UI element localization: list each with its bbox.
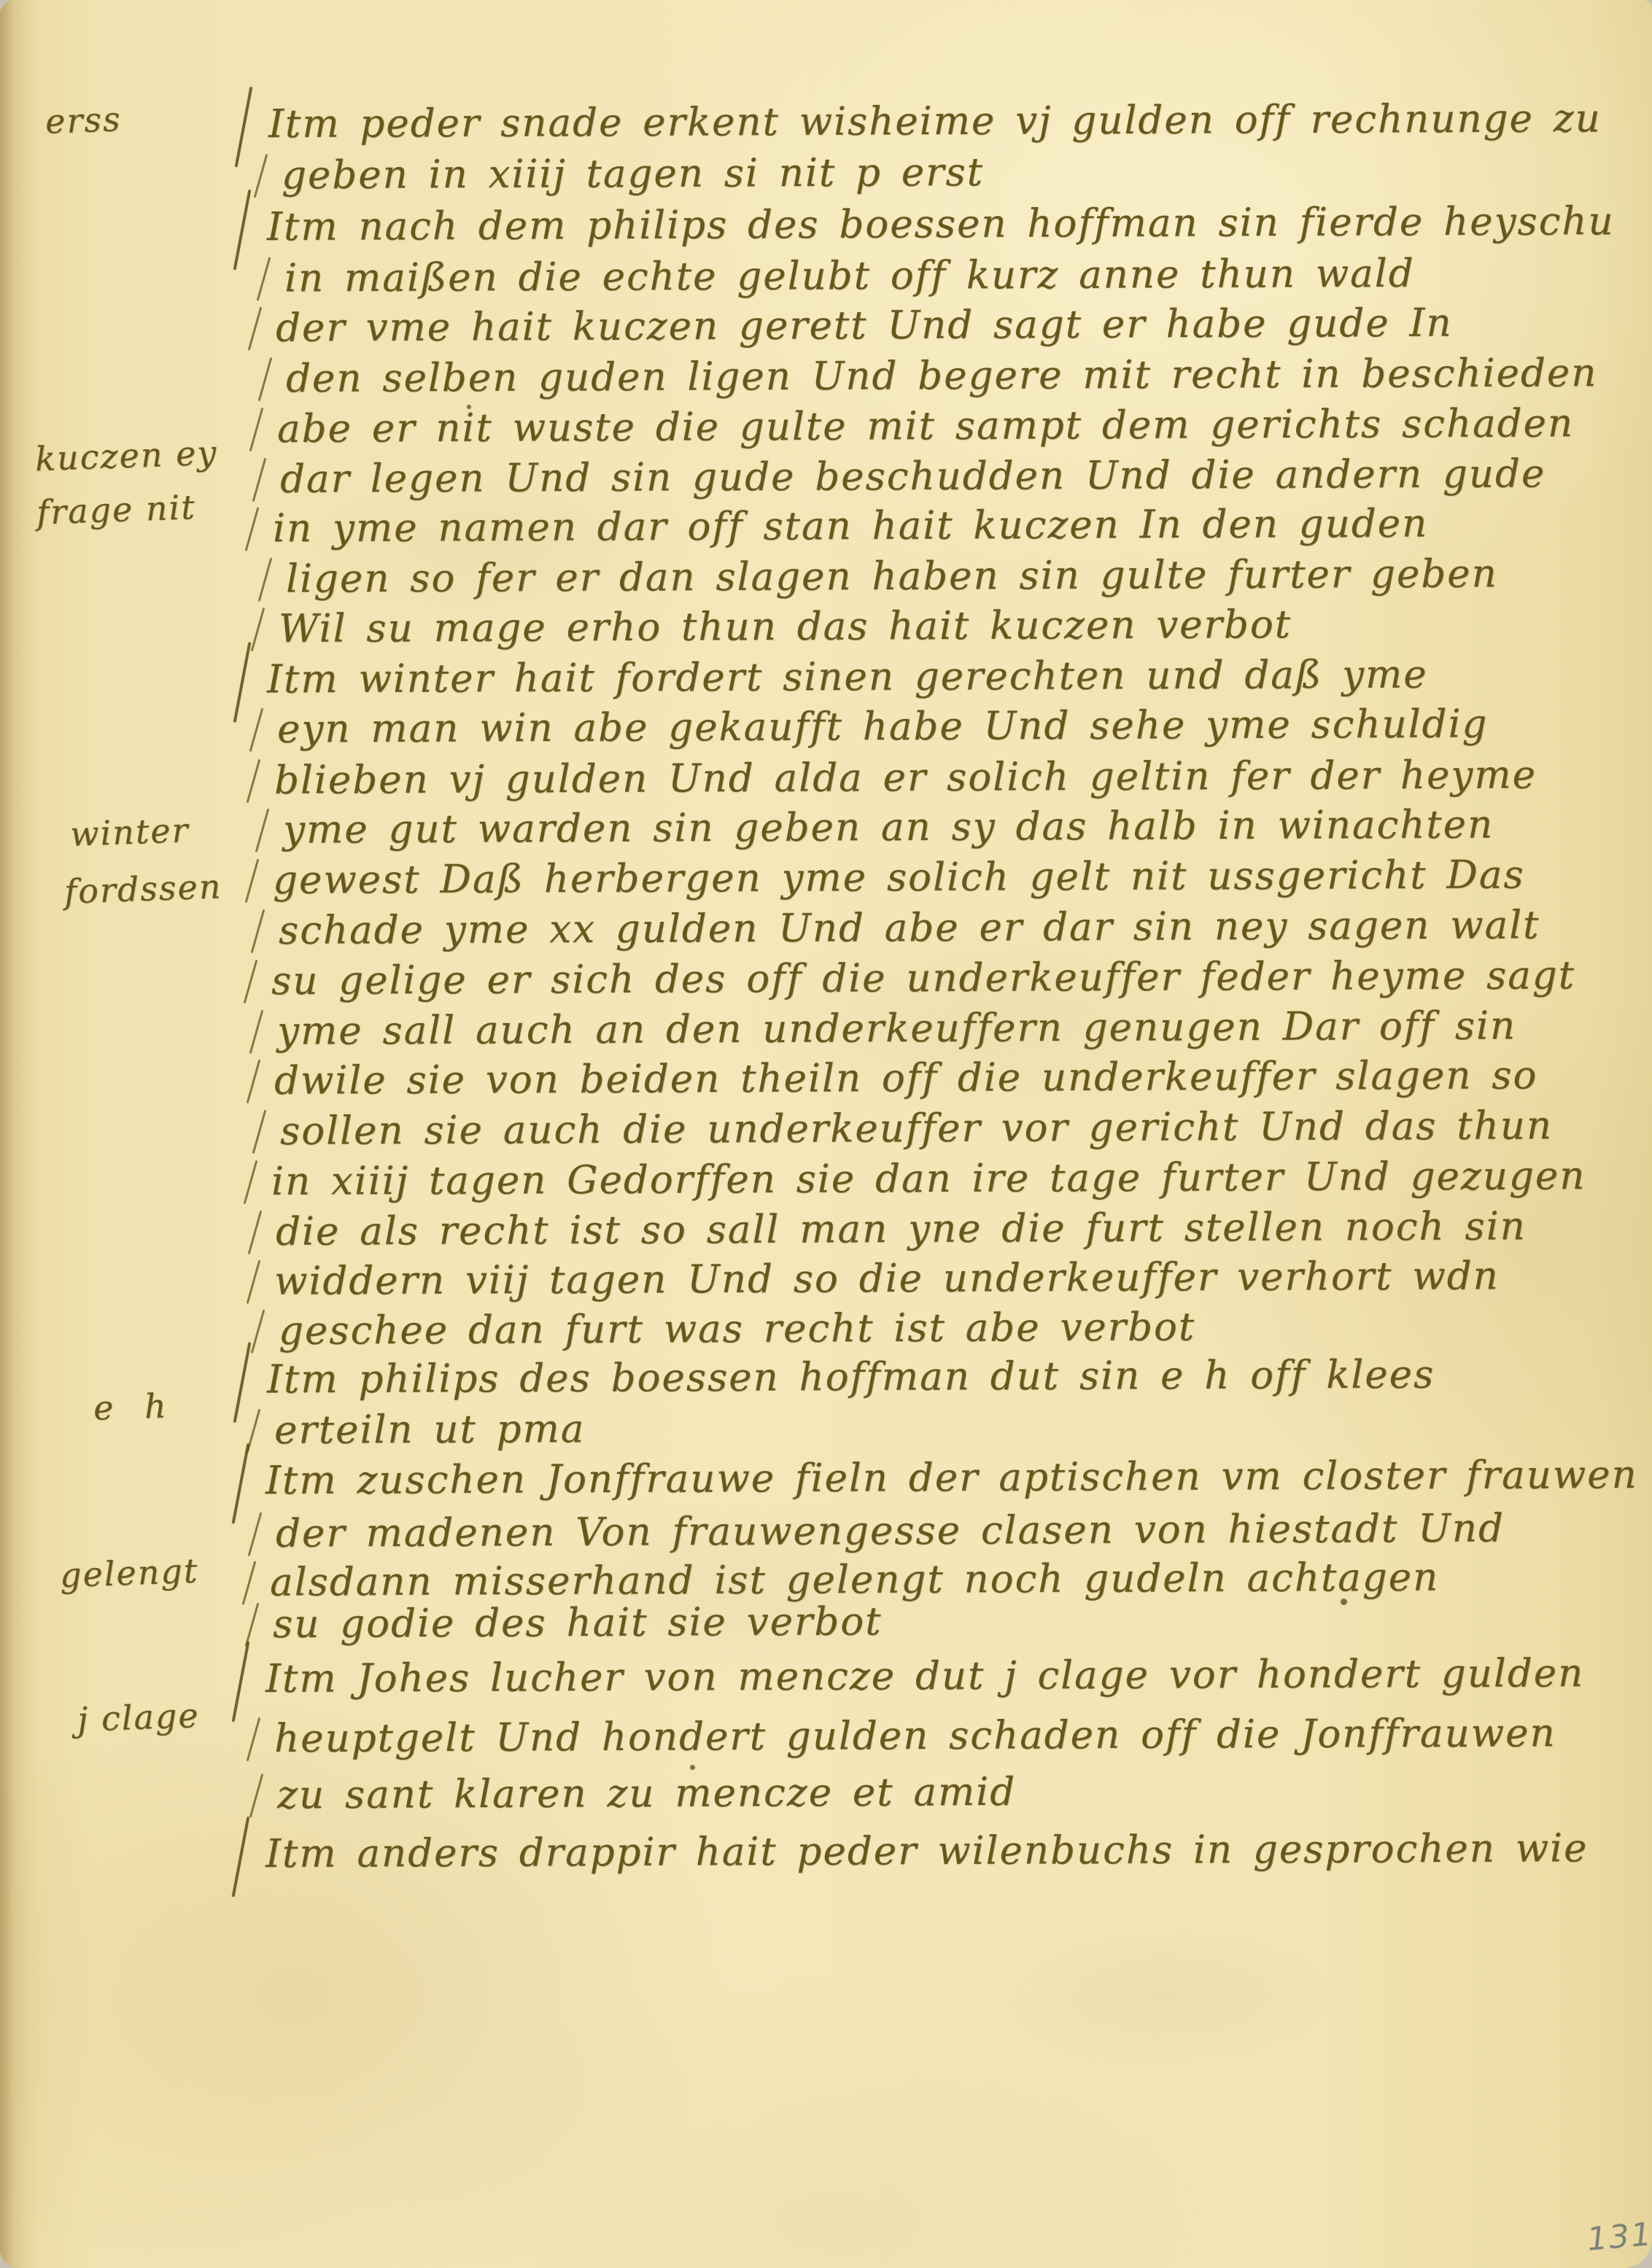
margin-note: winter bbox=[69, 813, 190, 851]
manuscript-line: alsdann misserhand ist gelengt noch gude… bbox=[270, 1558, 1439, 1602]
manuscript-line: eyn man win abe gekaufft habe Und sehe y… bbox=[277, 704, 1489, 748]
manuscript-line: blieben vj gulden Und alda er solich gel… bbox=[274, 756, 1537, 800]
margin-note: frage nit bbox=[36, 490, 196, 529]
manuscript-line: Itm peder snade erkent wisheime vj gulde… bbox=[268, 99, 1602, 144]
manuscript-line: yme sall auch an den underkeuffern genug… bbox=[277, 1006, 1516, 1050]
manuscript-line: dar legen Und sin gude beschudden Und di… bbox=[280, 454, 1546, 499]
folio-number: 131 bbox=[1586, 2215, 1652, 2259]
manuscript-line: Itm nach dem philips des boessen hoffman… bbox=[267, 202, 1615, 246]
manuscript-line: su gelige er sich des off die underkeuff… bbox=[271, 956, 1575, 1001]
manuscript-line: heuptgelt Und hondert gulden schaden off… bbox=[274, 1714, 1556, 1758]
manuscript-line: erteiln ut pma bbox=[274, 1410, 586, 1450]
ink-speck bbox=[1341, 1599, 1347, 1605]
margin-note: gelengt bbox=[59, 1554, 199, 1593]
manuscript-line: gewest Daß herbergen yme solich gelt nit… bbox=[273, 855, 1525, 899]
margin-note: e h bbox=[93, 1389, 177, 1425]
margin-note: erss bbox=[44, 102, 122, 139]
manuscript-line: geben in xiiij tagen si nit p erst bbox=[282, 153, 984, 195]
manuscript-line: sollen sie auch die underkeuffer vor ger… bbox=[280, 1106, 1553, 1151]
manuscript-line: der vme hait kuczen gerett Und sagt er h… bbox=[276, 303, 1453, 347]
manuscript-line: abe er nit wuste die gulte mit sampt dem… bbox=[277, 404, 1574, 448]
manuscript-line: ligen so fer er dan slagen haben sin gul… bbox=[286, 554, 1498, 598]
manuscript-line: zu sant klaren zu mencze et amid bbox=[277, 1773, 1016, 1814]
margin-note: j clage bbox=[77, 1698, 200, 1736]
manuscript-line: Itm zuschen Jonffrauwe fieln der aptisch… bbox=[265, 1456, 1638, 1500]
manuscript-line: Itm philips des boessen hoffman dut sin … bbox=[267, 1356, 1435, 1399]
manuscript-line: geschee dan furt was recht ist abe verbo… bbox=[279, 1308, 1195, 1350]
manuscript-line: Wil su mage erho thun das hait kuczen ve… bbox=[279, 605, 1292, 648]
ink-speck bbox=[467, 405, 471, 409]
manuscript-line: die als recht ist so sall man yne die fu… bbox=[276, 1207, 1527, 1251]
manuscript-line: su godie des hait sie verbot bbox=[273, 1602, 883, 1644]
margin-note: kuczen ey bbox=[34, 436, 218, 476]
manuscript-line: Itm Johes lucher von mencze dut j clage … bbox=[265, 1654, 1584, 1698]
manuscript-line: schade yme xx gulden Und abe er dar sin … bbox=[279, 906, 1540, 950]
manuscript-line: den selben guden ligen Und begere mit re… bbox=[286, 354, 1598, 398]
manuscript-line: in xiiij tagen Gedorffen sie dan ire tag… bbox=[271, 1157, 1586, 1201]
manuscript-page: erss kuczen ey frage nit winter fordssen… bbox=[0, 0, 1652, 2268]
manuscript-line: Itm winter hait fordert sinen gerechten … bbox=[267, 656, 1428, 699]
manuscript-line: der madenen Von frauwengesse clasen von … bbox=[276, 1509, 1505, 1553]
margin-note: fordssen bbox=[63, 869, 222, 909]
manuscript-line: yme gut warden sin geben an sy das halb … bbox=[283, 805, 1494, 849]
paper-left-edge bbox=[0, 0, 25, 2268]
manuscript-line: in maißen die echte gelubt off kurz anne… bbox=[284, 255, 1415, 298]
ink-speck bbox=[690, 1765, 695, 1770]
manuscript-line: in yme namen dar off stan hait kuczen In… bbox=[273, 505, 1428, 548]
manuscript-line: widdern viij tagen Und so die underkeuff… bbox=[274, 1257, 1500, 1300]
manuscript-line: dwile sie von beiden theiln off die unde… bbox=[274, 1056, 1538, 1100]
manuscript-line: Itm anders drappir hait peder wilenbuchs… bbox=[265, 1829, 1589, 1873]
